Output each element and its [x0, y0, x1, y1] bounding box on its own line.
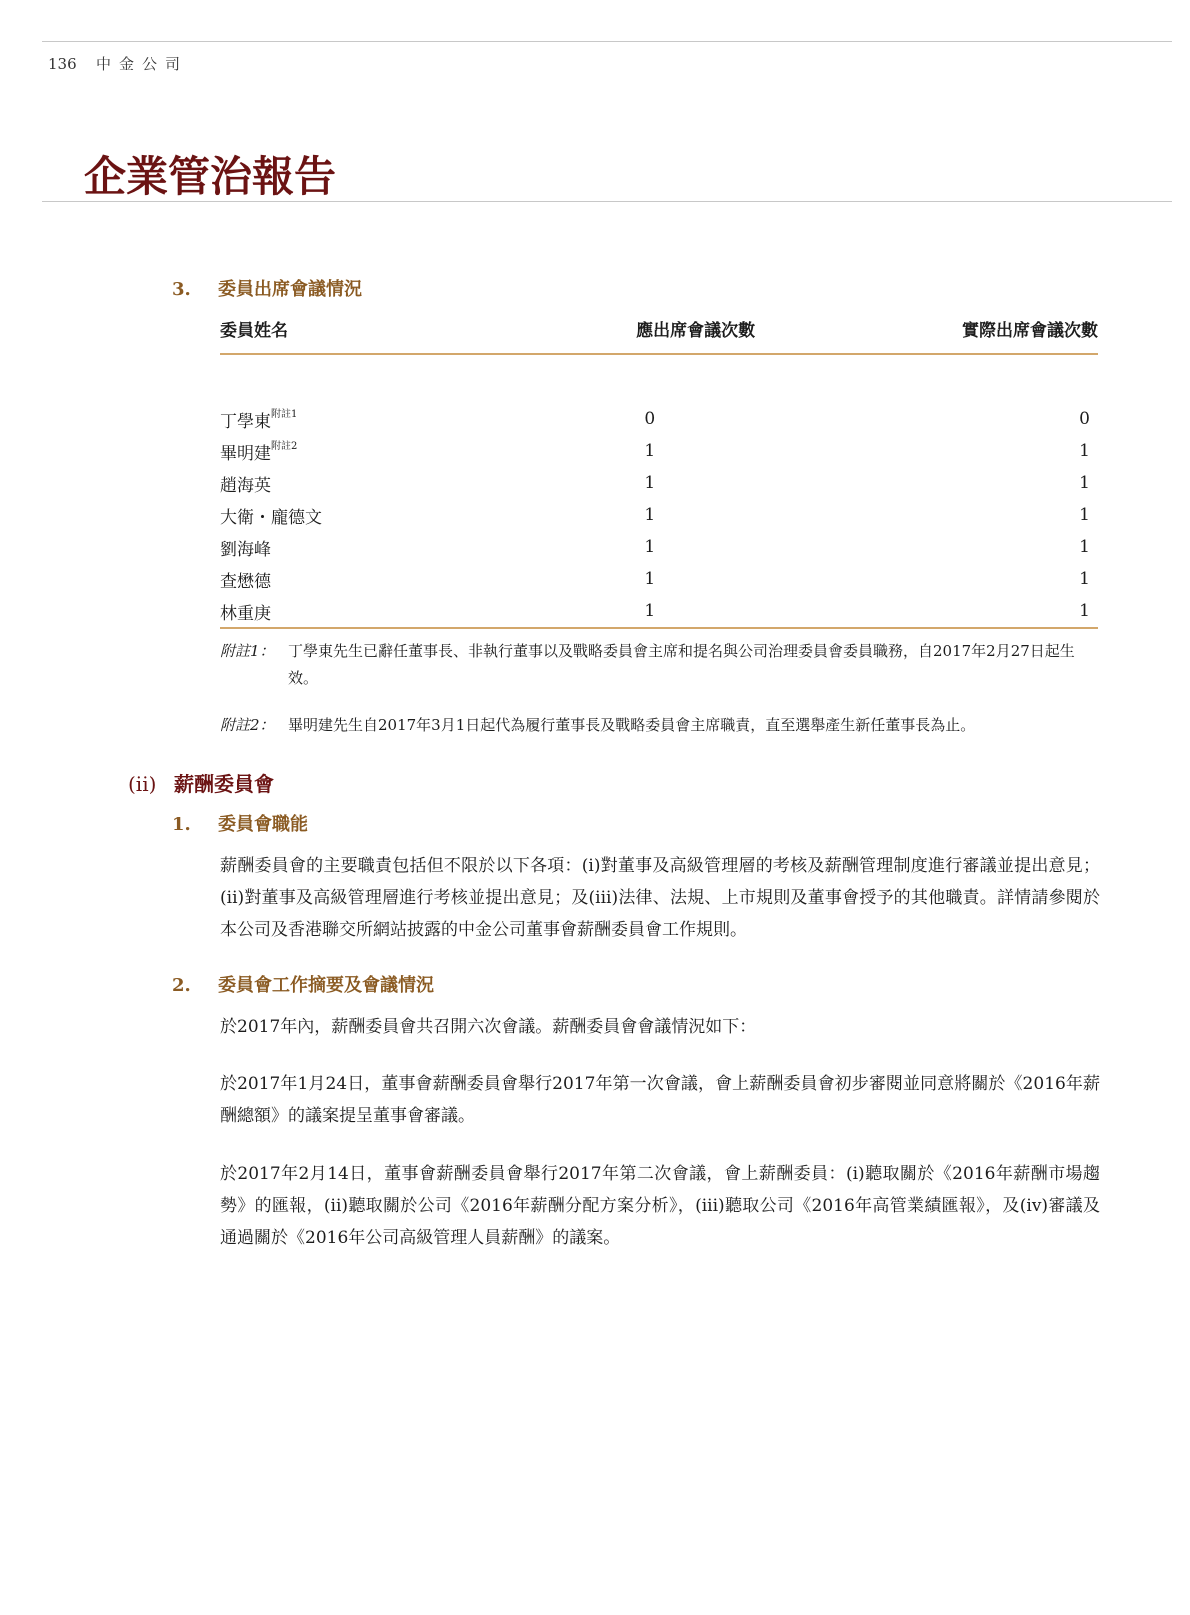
- functions-paragraph: 薪酬委員會的主要職責包括但不限於以下各項：(i)對董事及高級管理層的考核及薪酬管…: [220, 850, 1100, 946]
- item-1-heading: 1.委員會職能: [172, 810, 308, 836]
- section-3-heading: 3.委員出席會議情況: [172, 275, 362, 301]
- subsection-heading: (ii)薪酬委員會: [128, 768, 274, 797]
- meeting-1-paragraph: 於2017年1月24日，董事會薪酬委員會舉行2017年第一次會議，會上薪酬委員會…: [220, 1068, 1100, 1132]
- meeting-2-paragraph: 於2017年2月14日，董事會薪酬委員會舉行2017年第二次會議，會上薪酬委員：…: [220, 1158, 1100, 1254]
- footnote-1: 附註1： 丁學東先生已辭任董事長、非執行董事以及戰略委員會主席和提名與公司治理委…: [220, 638, 1100, 692]
- table-row: 趙海英 1 1: [220, 467, 1098, 499]
- table-row: 畢明建附註2 1 1: [220, 435, 1098, 467]
- title-rule: [42, 201, 1172, 202]
- table-row: 丁學東附註1 0 0: [220, 403, 1098, 435]
- page-title: 企業管治報告: [84, 144, 336, 204]
- page-number: 136: [48, 55, 96, 73]
- col-member-name: 委員姓名: [220, 316, 441, 354]
- col-attended: 實際出席會議次數: [803, 316, 1098, 354]
- meeting-summary-paragraph: 於2017年內，薪酬委員會共召開六次會議。薪酬委員會會議情況如下：: [220, 1011, 1100, 1043]
- company-name: 中金公司: [96, 55, 188, 73]
- top-rule: [42, 41, 1172, 42]
- table-row: 林重庚 1 1: [220, 595, 1098, 628]
- item-2-heading: 2.委員會工作摘要及會議情況: [172, 971, 434, 997]
- col-required: 應出席會議次數: [441, 316, 803, 354]
- table-row: 大衛・龐德文 1 1: [220, 499, 1098, 531]
- footnote-ref: 附註2: [271, 441, 297, 452]
- footnote-ref: 附註1: [271, 409, 297, 420]
- attendance-table: 委員姓名 應出席會議次數 實際出席會議次數 丁學東附註1 0 0 畢明建附註2 …: [220, 316, 1098, 629]
- table-row: 查懋德 1 1: [220, 563, 1098, 595]
- footnote-2: 附註2： 畢明建先生自2017年3月1日起代為履行董事長及戰略委員會主席職責，直…: [220, 712, 1100, 739]
- running-header: 136中金公司: [48, 53, 188, 74]
- table-row: 劉海峰 1 1: [220, 531, 1098, 563]
